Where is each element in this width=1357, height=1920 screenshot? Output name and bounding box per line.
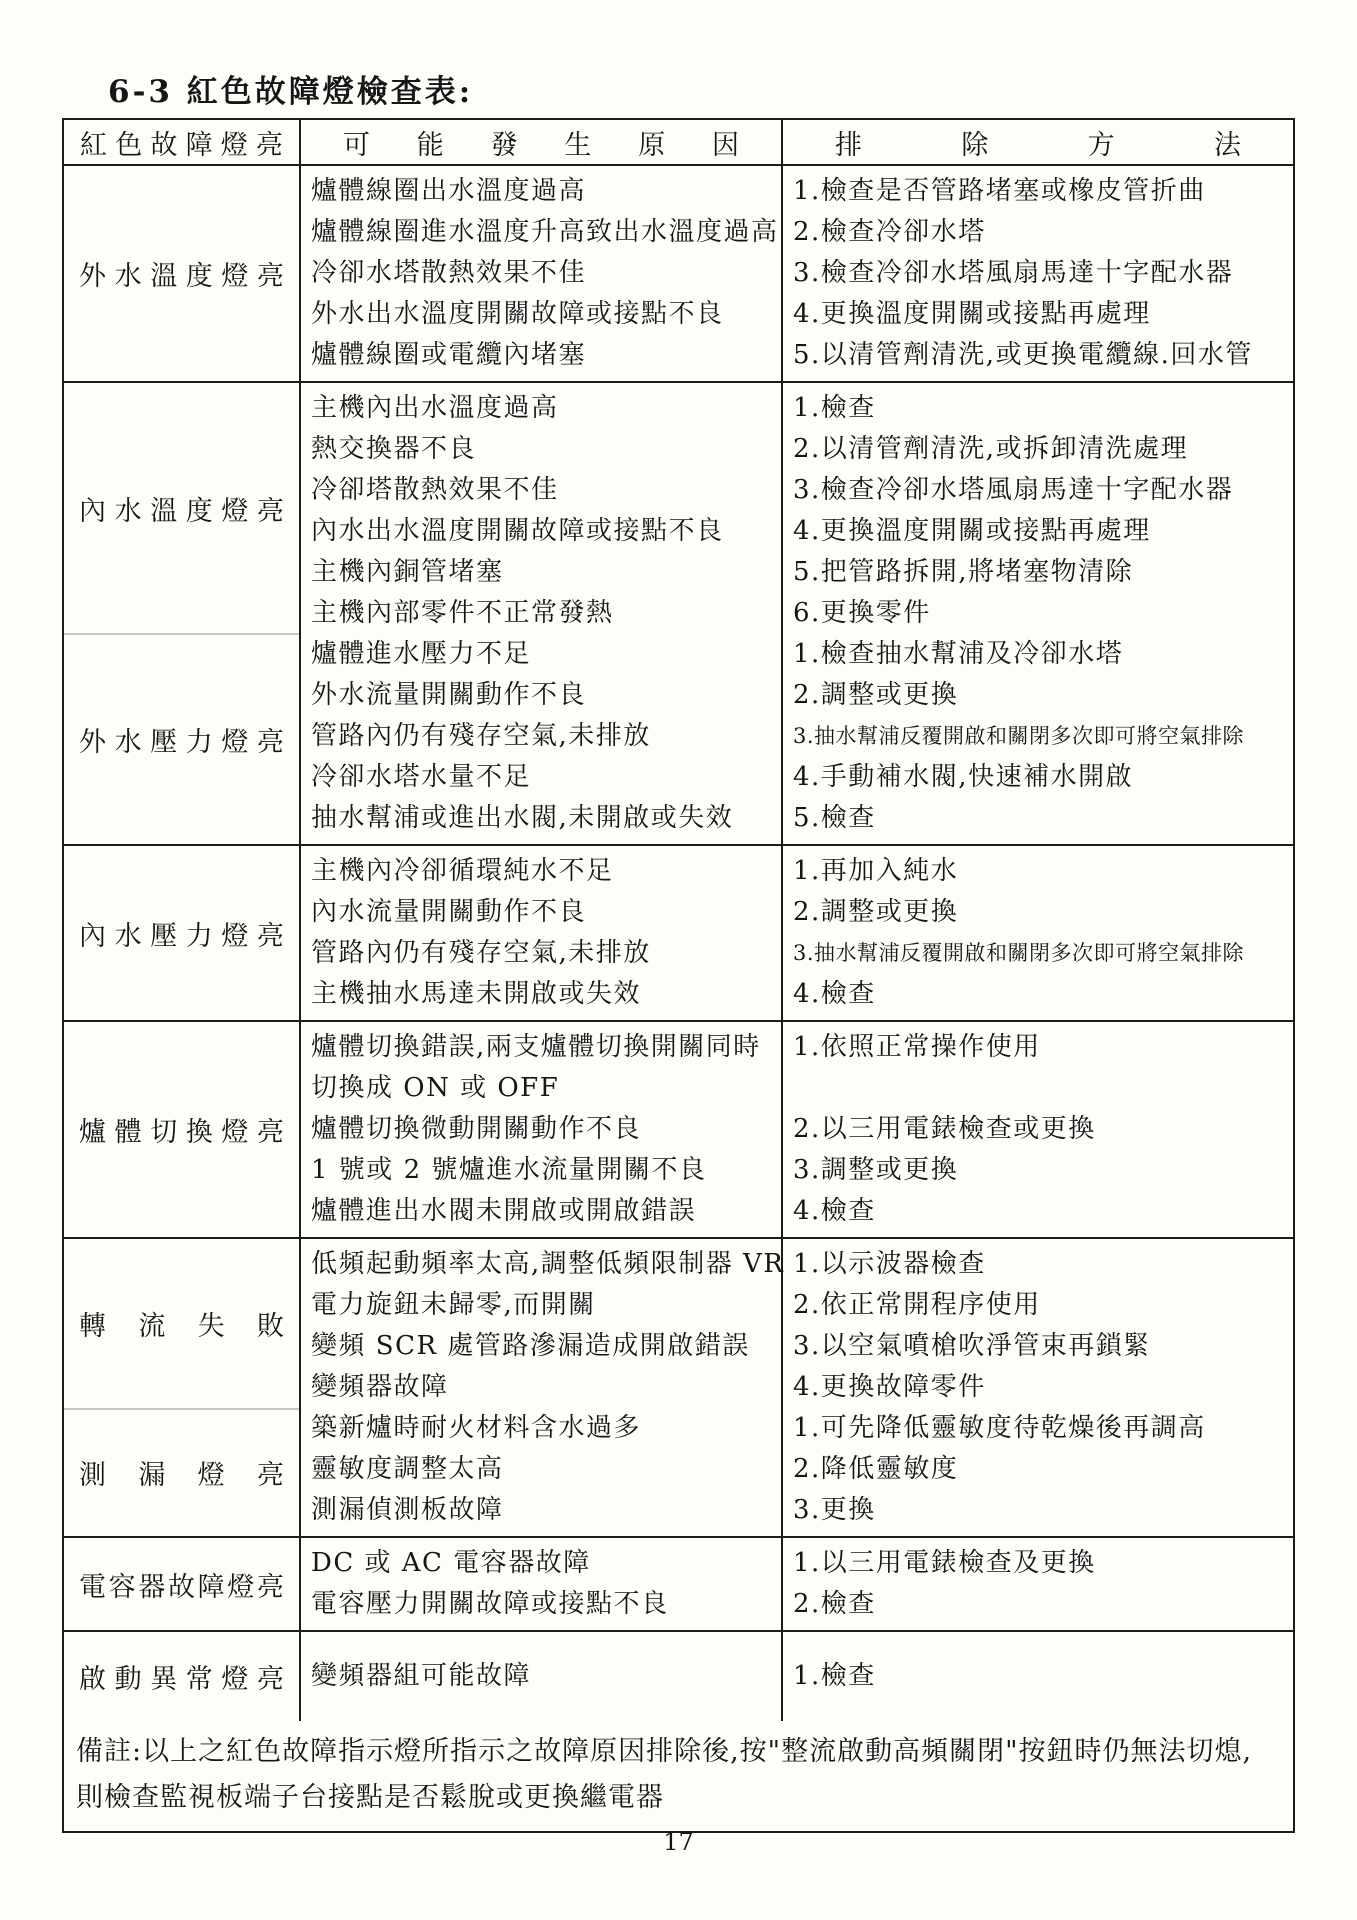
fault-section-row: 電容器故障燈亮DC 或 AC 電容器故障電容壓力開關故障或接點不良1.以三用電錶…: [64, 1538, 1293, 1632]
header-possible-causes-char: 可: [343, 123, 370, 162]
header-possible-causes: 可能發生原因: [301, 120, 783, 164]
cause-line: 爐體線圈出水溫度過高: [311, 171, 781, 212]
page-number: 17: [0, 1828, 1357, 1856]
remedy-line: 3.檢查冷卻水塔風扇馬達十字配水器: [793, 470, 1293, 511]
fault-light-label-char: 啟: [79, 1657, 106, 1696]
fault-light-label-box: 外水壓力燈亮: [64, 633, 299, 844]
remedy-methods-cell: 1.檢查是否管路堵塞或橡皮管折曲2.檢查冷卻水塔3.檢查冷卻水塔風扇馬達十字配水…: [783, 166, 1293, 381]
cause-line: 熱交換器不良: [311, 429, 781, 470]
remedy-line: 1.可先降低靈敏度待乾燥後再調高: [793, 1408, 1293, 1449]
cause-line: 爐體切換微動開關動作不良: [311, 1109, 781, 1150]
cause-line: 主機內部零件不正常發熱: [311, 593, 781, 634]
remedy-line: 1.檢查: [793, 388, 1293, 429]
remedy-line: 1.依照正常操作使用: [793, 1027, 1293, 1068]
cause-line: 內水流量開關動作不良: [311, 892, 781, 933]
remedy-line: 3.檢查冷卻水塔風扇馬達十字配水器: [793, 253, 1293, 294]
fault-light-label-char: 度: [186, 489, 213, 528]
note-line-1: 備註:以上之紅色故障指示燈所指示之故障原因排除後,按"整流啟動高頻關閉"按鈕時仍…: [76, 1729, 1281, 1775]
header-possible-causes-char: 發: [491, 123, 518, 162]
fault-section-row: 啟動異常燈亮變頻器組可能故障1.檢查: [64, 1632, 1293, 1721]
fault-light-label-char: 切: [150, 1110, 177, 1149]
fault-light-label-box: 外水溫度燈亮: [64, 166, 299, 381]
fault-light-label-char: 燈: [221, 914, 248, 953]
cause-line: DC 或 AC 電容器故障: [311, 1543, 781, 1584]
remedy-line: 2.調整或更換: [793, 892, 1293, 933]
cause-line: 爐體線圈或電纜內堵塞: [311, 335, 781, 376]
fault-light-label-char: 亮: [257, 1657, 284, 1696]
fault-section-row: 內水溫度燈亮外水壓力燈亮主機內出水溫度過高熱交換器不良冷卻塔散熱效果不佳內水出水…: [64, 383, 1293, 846]
fault-light-label-char: 亮: [257, 489, 284, 528]
fault-light-label-char: 轉: [79, 1304, 106, 1343]
fault-light-label-char: 亮: [257, 254, 284, 293]
header-remedy-methods-char: 除: [961, 123, 988, 162]
cause-line: 電力旋鈕未歸零,而開關: [311, 1285, 781, 1326]
header-red-fault-light-char: 色: [115, 123, 142, 162]
remedy-methods-cell: 1.檢查: [783, 1632, 1293, 1721]
fault-light-label-box: 內水溫度燈亮: [64, 383, 299, 633]
fault-light-label-char: 水: [115, 720, 142, 759]
remedy-line: 2.降低靈敏度: [793, 1449, 1293, 1490]
fault-section-row: 爐體切換燈亮爐體切換錯誤,兩支爐體切換開關同時切換成 ON 或 OFF爐體切換微…: [64, 1022, 1293, 1239]
fault-light-label-char: 亮: [257, 1565, 284, 1604]
fault-light-label-cell: 外水溫度燈亮: [64, 166, 301, 381]
fault-light-label-char: 燈: [221, 254, 248, 293]
cause-line: 主機內冷卻循環純水不足: [311, 851, 781, 892]
remedy-methods-cell: 1.再加入純水2.調整或更換3.抽水幫浦反覆開啟和關閉多次即可將空氣排除4.檢查: [783, 846, 1293, 1020]
fault-light-label-char: 流: [138, 1304, 165, 1343]
cause-line: 管路內仍有殘存空氣,未排放: [311, 716, 781, 757]
fault-light-label-char: 亮: [257, 720, 284, 759]
fault-light-label-char: 壓: [150, 720, 177, 759]
fault-light-label-char: 換: [186, 1110, 213, 1149]
cause-line: 主機抽水馬達未開啟或失效: [311, 974, 781, 1015]
fault-light-label-char: 燈: [227, 1565, 254, 1604]
fault-light-label-char: 溫: [150, 254, 177, 293]
remedy-methods-cell: 1.以示波器檢查2.依正常開程序使用3.以空氣噴槍吹淨管束再鎖緊4.更換故障零件…: [783, 1239, 1293, 1536]
fault-light-label-char: 外: [79, 720, 106, 759]
possible-causes-cell: 變頻器組可能故障: [301, 1632, 783, 1721]
remedy-line: 4.更換溫度開關或接點再處理: [793, 511, 1293, 552]
fault-light-label-box: 啟動異常燈亮: [64, 1632, 299, 1721]
remedy-line: 3.抽水幫浦反覆開啟和關閉多次即可將空氣排除: [793, 716, 1293, 757]
header-remedy-methods: 排除方法: [783, 120, 1293, 164]
fault-light-label-box: 內水壓力燈亮: [64, 846, 299, 1020]
remedy-line: 1.再加入純水: [793, 851, 1293, 892]
fault-light-label-cell: 電容器故障燈亮: [64, 1538, 301, 1630]
cause-line: 爐體進出水閥未開啟或開啟錯誤: [311, 1191, 781, 1232]
fault-light-label-char: 內: [79, 489, 106, 528]
fault-light-label-char: 亮: [257, 1110, 284, 1149]
cause-line: 主機內出水溫度過高: [311, 388, 781, 429]
remedy-line: 1.檢查抽水幫浦及冷卻水塔: [793, 634, 1293, 675]
fault-light-label-cell: 啟動異常燈亮: [64, 1632, 301, 1721]
fault-light-label-char: 亮: [257, 914, 284, 953]
fault-light-label-char: 力: [186, 720, 213, 759]
cause-line: 管路內仍有殘存空氣,未排放: [311, 933, 781, 974]
fault-light-label: 外水溫度燈亮: [64, 254, 299, 293]
fault-light-label-char: 力: [186, 914, 213, 953]
fault-light-label-char: 水: [115, 489, 142, 528]
cause-line: 1 號或 2 號爐進水流量開關不良: [311, 1150, 781, 1191]
fault-light-label-char: 溫: [150, 489, 177, 528]
fault-light-table: 紅色故障燈亮 可能發生原因 排除方法 外水溫度燈亮爐體線圈出水溫度過高爐體線圈進…: [62, 118, 1295, 1833]
fault-light-label-char: 度: [186, 254, 213, 293]
cause-line: 變頻器組可能故障: [311, 1656, 781, 1697]
page-title: 6-3 紅色故障燈檢查表:: [108, 66, 473, 111]
remedy-line: 2.調整或更換: [793, 675, 1293, 716]
cause-line: 抽水幫浦或進出水閥,未開啟或失效: [311, 798, 781, 839]
remedy-line: 3.抽水幫浦反覆開啟和關閉多次即可將空氣排除: [793, 933, 1293, 974]
cause-line: 爐體切換錯誤,兩支爐體切換開關同時: [311, 1027, 781, 1068]
remedy-line: 2.依正常開程序使用: [793, 1285, 1293, 1326]
fault-light-label: 爐體切換燈亮: [64, 1110, 299, 1149]
possible-causes-cell: 爐體切換錯誤,兩支爐體切換開關同時切換成 ON 或 OFF爐體切換微動開關動作不…: [301, 1022, 783, 1237]
remedy-line: 5.把管路拆開,將堵塞物清除: [793, 552, 1293, 593]
cause-line: 爐體線圈進水溫度升高致出水溫度過高: [311, 212, 781, 253]
fault-light-label-char: 爐: [79, 1110, 106, 1149]
remedy-line: 5.以清管劑清洗,或更換電纜線.回水管: [793, 335, 1293, 376]
header-possible-causes-char: 能: [417, 123, 444, 162]
header-possible-causes-char: 原: [638, 123, 665, 162]
fault-light-label-cell: 轉流失敗測漏燈亮: [64, 1239, 301, 1536]
fault-light-label-char: 故: [168, 1565, 195, 1604]
header-red-fault-light-char: 亮: [256, 123, 283, 162]
remedy-blank-line: [793, 1068, 1293, 1109]
remedy-line: 1.以三用電錶檢查及更換: [793, 1543, 1293, 1584]
remedy-line: 4.更換故障零件: [793, 1367, 1293, 1408]
fault-light-label-cell: 爐體切換燈亮: [64, 1022, 301, 1237]
fault-light-label-char: 壓: [150, 914, 177, 953]
remedy-line: 5.檢查: [793, 798, 1293, 839]
remedy-line: 3.以空氣噴槍吹淨管束再鎖緊: [793, 1326, 1293, 1367]
fault-light-label-box: 爐體切換燈亮: [64, 1022, 299, 1237]
remedy-line: 6.更換零件: [793, 593, 1293, 634]
table-body: 外水溫度燈亮爐體線圈出水溫度過高爐體線圈進水溫度升高致出水溫度過高冷卻水塔散熱效…: [64, 166, 1293, 1721]
header-possible-causes-char: 生: [564, 123, 591, 162]
fault-light-label-char: 燈: [221, 1110, 248, 1149]
fault-light-label-char: 水: [115, 254, 142, 293]
fault-light-label: 啟動異常燈亮: [64, 1657, 299, 1696]
remedy-line: 1.以示波器檢查: [793, 1244, 1293, 1285]
possible-causes-cell: 低頻起動頻率太高,調整低頻限制器 VR電力旋鈕未歸零,而開關變頻 SCR 處管路…: [301, 1239, 783, 1536]
cause-line: 測漏偵測板故障: [311, 1490, 781, 1531]
header-remedy-methods-char: 方: [1088, 123, 1115, 162]
fault-light-label-box: 測漏燈亮: [64, 1408, 299, 1536]
fault-light-label: 內水壓力燈亮: [64, 914, 299, 953]
possible-causes-cell: 主機內冷卻循環純水不足內水流量開關動作不良管路內仍有殘存空氣,未排放主機抽水馬達…: [301, 846, 783, 1020]
cause-line: 靈敏度調整太高: [311, 1449, 781, 1490]
cause-line: 外水出水溫度開關故障或接點不良: [311, 294, 781, 335]
remedy-line: 2.檢查冷卻水塔: [793, 212, 1293, 253]
note-line-2: 則檢查監視板端子台接點是否鬆脫或更換繼電器: [76, 1775, 1281, 1821]
remedy-line: 4.檢查: [793, 974, 1293, 1015]
cause-line: 低頻起動頻率太高,調整低頻限制器 VR: [311, 1244, 781, 1285]
cause-line: 變頻 SCR 處管路滲漏造成開啟錯誤: [311, 1326, 781, 1367]
fault-section-row: 外水溫度燈亮爐體線圈出水溫度過高爐體線圈進水溫度升高致出水溫度過高冷卻水塔散熱效…: [64, 166, 1293, 383]
remedy-methods-cell: 1.依照正常操作使用 2.以三用電錶檢查或更換3.調整或更換4.檢查: [783, 1022, 1293, 1237]
fault-light-label: 轉流失敗: [64, 1304, 299, 1343]
remedy-line: 2.檢查: [793, 1584, 1293, 1625]
possible-causes-cell: 主機內出水溫度過高熱交換器不良冷卻塔散熱效果不佳內水出水溫度開關故障或接點不良主…: [301, 383, 783, 844]
cause-line: 內水出水溫度開關故障或接點不良: [311, 511, 781, 552]
cause-line: 變頻器故障: [311, 1367, 781, 1408]
cause-line: 冷卻水塔散熱效果不佳: [311, 253, 781, 294]
note-row: 備註:以上之紅色故障指示燈所指示之故障原因排除後,按"整流啟動高頻關閉"按鈕時仍…: [64, 1721, 1293, 1831]
remedy-line: 4.更換溫度開關或接點再處理: [793, 294, 1293, 335]
remedy-line: 4.檢查: [793, 1191, 1293, 1232]
remedy-methods-cell: 1.以三用電錶檢查及更換2.檢查: [783, 1538, 1293, 1630]
header-remedy-methods-char: 排: [835, 123, 862, 162]
fault-section-row: 轉流失敗測漏燈亮低頻起動頻率太高,調整低頻限制器 VR電力旋鈕未歸零,而開關變頻…: [64, 1239, 1293, 1538]
fault-light-label-char: 常: [186, 1657, 213, 1696]
fault-light-label-char: 體: [115, 1110, 142, 1149]
fault-section-row: 內水壓力燈亮主機內冷卻循環純水不足內水流量開關動作不良管路內仍有殘存空氣,未排放…: [64, 846, 1293, 1022]
document-page: 6-3 紅色故障燈檢查表: 紅色故障燈亮 可能發生原因 排除方法 外水溫度燈亮爐…: [0, 0, 1357, 1920]
header-red-fault-light-char: 燈: [221, 123, 248, 162]
cause-line: 冷卻塔散熱效果不佳: [311, 470, 781, 511]
fault-light-label-char: 亮: [257, 1453, 284, 1492]
fault-light-label-box: 轉流失敗: [64, 1239, 299, 1408]
fault-light-label: 內水溫度燈亮: [64, 489, 299, 528]
fault-light-label-char: 器: [138, 1565, 165, 1604]
remedy-line: 2.以三用電錶檢查或更換: [793, 1109, 1293, 1150]
header-remedy-methods-char: 法: [1214, 123, 1241, 162]
fault-light-label-char: 漏: [138, 1453, 165, 1492]
fault-light-label: 電容器故障燈亮: [64, 1565, 299, 1604]
cause-line: 主機內銅管堵塞: [311, 552, 781, 593]
fault-light-label-char: 內: [79, 914, 106, 953]
fault-light-label-char: 動: [115, 1657, 142, 1696]
remedy-line: 3.更換: [793, 1490, 1293, 1531]
header-red-fault-light-char: 紅: [80, 123, 107, 162]
header-red-fault-light: 紅色故障燈亮: [64, 120, 301, 164]
possible-causes-cell: 爐體線圈出水溫度過高爐體線圈進水溫度升高致出水溫度過高冷卻水塔散熱效果不佳外水出…: [301, 166, 783, 381]
fault-light-label-char: 電: [79, 1565, 106, 1604]
fault-light-label-char: 障: [198, 1565, 225, 1604]
remedy-line: 4.手動補水閥,快速補水開啟: [793, 757, 1293, 798]
cause-line: 爐體進水壓力不足: [311, 634, 781, 675]
cause-line: 切換成 ON 或 OFF: [311, 1068, 781, 1109]
fault-light-label-char: 異: [150, 1657, 177, 1696]
header-possible-causes-char: 因: [712, 123, 739, 162]
fault-light-label: 測漏燈亮: [64, 1453, 299, 1492]
fault-light-label-char: 容: [109, 1565, 136, 1604]
remedy-line: 2.以清管劑清洗,或拆卸清洗處理: [793, 429, 1293, 470]
cause-line: 外水流量開關動作不良: [311, 675, 781, 716]
remedy-methods-cell: 1.檢查2.以清管劑清洗,或拆卸清洗處理3.檢查冷卻水塔風扇馬達十字配水器4.更…: [783, 383, 1293, 844]
remedy-line: 3.調整或更換: [793, 1150, 1293, 1191]
fault-light-label-box: 電容器故障燈亮: [64, 1538, 299, 1630]
header-red-fault-light-char: 故: [150, 123, 177, 162]
fault-light-label-cell: 內水溫度燈亮外水壓力燈亮: [64, 383, 301, 844]
cause-line: 冷卻水塔水量不足: [311, 757, 781, 798]
fault-light-label-char: 失: [198, 1304, 225, 1343]
cause-line: 築新爐時耐火材料含水過多: [311, 1408, 781, 1449]
possible-causes-cell: DC 或 AC 電容器故障電容壓力開關故障或接點不良: [301, 1538, 783, 1630]
cause-line: 電容壓力開關故障或接點不良: [311, 1584, 781, 1625]
fault-light-label-char: 外: [79, 254, 106, 293]
header-red-fault-light-char: 障: [186, 123, 213, 162]
remedy-line: 1.檢查: [793, 1656, 1293, 1697]
fault-light-label-cell: 內水壓力燈亮: [64, 846, 301, 1020]
fault-light-label-char: 燈: [198, 1453, 225, 1492]
fault-light-label-char: 燈: [221, 1657, 248, 1696]
fault-light-label: 外水壓力燈亮: [64, 720, 299, 759]
fault-light-label-char: 水: [115, 914, 142, 953]
fault-light-label-char: 燈: [221, 720, 248, 759]
fault-light-label-char: 燈: [221, 489, 248, 528]
fault-light-label-char: 敗: [257, 1304, 284, 1343]
table-header-row: 紅色故障燈亮 可能發生原因 排除方法: [64, 120, 1293, 166]
remedy-line: 1.檢查是否管路堵塞或橡皮管折曲: [793, 171, 1293, 212]
fault-light-label-char: 測: [79, 1453, 106, 1492]
